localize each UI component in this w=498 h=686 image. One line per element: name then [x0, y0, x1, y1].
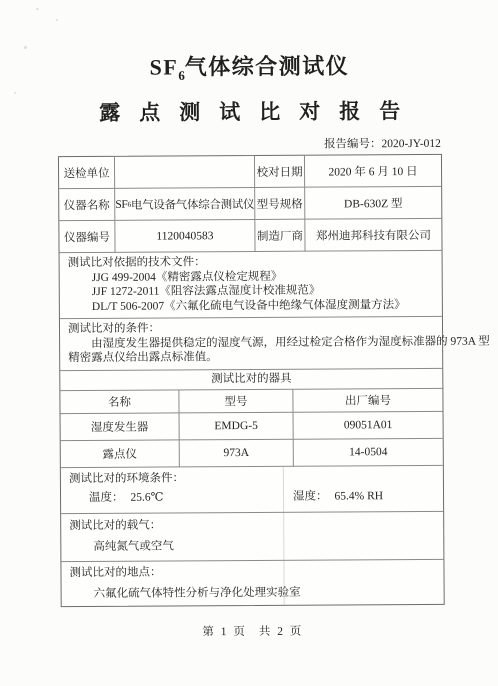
page-footer: 第 1 页共 2 页	[61, 622, 445, 640]
field-value-sender	[115, 156, 255, 189]
conditions-text: 由湿度发生器提供稳定的湿度气源，用经过检定合格作为湿度标准器的 973A 型	[68, 335, 434, 352]
instrument-model: 973A	[180, 440, 294, 468]
instrument-name: 露点仪	[61, 440, 180, 468]
info-grid: 送检单位 校对日期 2020 年 6 月 10 日 仪器名称 SF6电气设备气体…	[59, 155, 442, 253]
report-number: 报告编号：2020-JY-012	[58, 135, 441, 153]
footer-total-pages: 共 2 页	[259, 626, 304, 638]
scan-noise-speck	[14, 92, 16, 94]
field-value-check-date: 2020 年 6 月 10 日	[305, 155, 441, 188]
report-number-value: 2020-JY-012	[381, 138, 440, 150]
page-title: SF6气体综合测试仪	[57, 49, 441, 85]
environment-section: 测试比对的环境条件： 温度：25.6℃ 湿度：65.4% RH	[61, 466, 443, 514]
field-label-manufacturer: 制造厂商	[255, 220, 305, 252]
instrument-serial: 09051A01	[294, 412, 443, 440]
instrument-serial: 14-0504	[294, 439, 443, 467]
report-table: 送检单位 校对日期 2020 年 6 月 10 日 仪器名称 SF6电气设备气体…	[58, 154, 445, 607]
field-value-instrument-name: SF6电气设备气体综合测试仪	[115, 188, 255, 221]
carrier-gas-section: 测试比对的载气： 高纯氮气或空气	[61, 512, 443, 562]
instruments-row: 湿度发生器 EMDG-5 09051A01	[61, 412, 443, 441]
instruments-col-model: 型号	[179, 390, 293, 414]
field-label-serial: 仪器编号	[59, 221, 115, 253]
carrier-gas-value: 高纯氮气或空气	[69, 538, 435, 555]
tech-docs-section: 测试比对依据的技术文件： JJG 499-2004《精密露点仪检定规程》 JJF…	[60, 251, 442, 319]
instruments-section-title: 测试比对的器具	[60, 369, 442, 391]
field-value-model: DB-630Z 型	[305, 187, 441, 220]
field-value-manufacturer: 郑州迪邦科技有限公司	[305, 219, 441, 252]
field-label-check-date: 校对日期	[255, 156, 305, 188]
document-sheet: SF6气体综合测试仪 露点测试比对报告 报告编号：2020-JY-012 送检单…	[57, 0, 445, 640]
environment-header: 测试比对的环境条件：	[69, 470, 435, 487]
carrier-gas-header: 测试比对的载气：	[69, 517, 435, 534]
field-value-serial: 1120040583	[115, 220, 255, 253]
location-header: 测试比对的地点：	[69, 564, 435, 581]
scanned-report-page: SF6气体综合测试仪 露点测试比对报告 报告编号：2020-JY-012 送检单…	[0, 0, 498, 686]
field-label-sender: 送检单位	[59, 157, 115, 189]
instruments-row: 露点仪 973A 14-0504	[61, 439, 443, 468]
report-subtitle: 露点测试比对报告	[58, 95, 442, 127]
field-label-instrument-name: 仪器名称	[59, 189, 115, 221]
footer-page-number: 第 1 页	[202, 626, 247, 638]
humidity-reading: 湿度：65.4% RH	[293, 489, 383, 504]
instrument-name: 湿度发生器	[61, 413, 180, 441]
report-number-label: 报告编号：	[324, 139, 382, 151]
humidity-label: 湿度：	[293, 490, 328, 502]
instrument-model: EMDG-5	[180, 413, 294, 441]
location-section: 测试比对的地点： 六氟化硫气体特性分析与净化处理实验室	[61, 560, 443, 606]
field-label-model: 型号规格	[255, 188, 305, 220]
instruments-col-name: 名称	[60, 390, 179, 414]
scan-noise-speck	[24, 46, 27, 49]
scan-noise-speck	[36, 7, 40, 10]
temperature-label: 温度：	[89, 492, 124, 504]
instruments-header-row: 名称 型号 出厂编号	[60, 389, 442, 414]
conditions-text: 精密露点仪给出露点标准值。	[68, 349, 434, 366]
tech-doc-item: DL/T 506-2007《六氟化硫电气设备中绝缘气体湿度测量方法》	[68, 298, 434, 315]
temperature-value: 25.6℃	[131, 491, 164, 503]
instruments-col-serial: 出厂编号	[293, 389, 442, 413]
humidity-value: 65.4% RH	[334, 490, 383, 502]
temperature-reading: 温度：25.6℃	[89, 491, 164, 503]
location-value: 六氟化硫气体特性分析与净化处理实验室	[70, 585, 436, 602]
environment-values: 温度：25.6℃ 湿度：65.4% RH	[69, 489, 435, 506]
conditions-section: 测试比对的条件： 由湿度发生器提供稳定的湿度气源，用经过检定合格作为湿度标准器的…	[60, 317, 442, 371]
